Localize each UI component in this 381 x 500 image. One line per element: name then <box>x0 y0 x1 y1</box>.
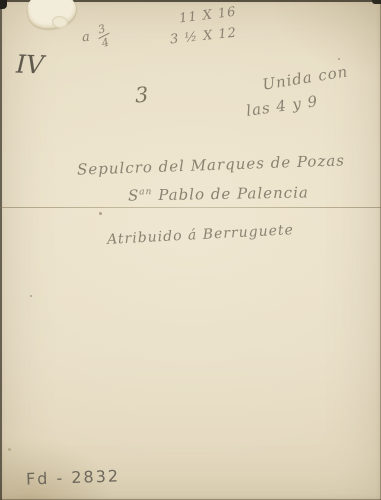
plate-number: 3 <box>134 83 150 108</box>
roman-numeral: IV <box>16 50 45 80</box>
union-note-line1: Unida con <box>261 62 349 93</box>
artwork-location: San Pablo de Palencia <box>128 183 309 204</box>
crease-line <box>0 207 381 208</box>
dimensions-line1: 11 X 16 <box>178 5 237 27</box>
location-rest: Pablo de Palencia <box>152 183 309 204</box>
scale-prefix: a <box>81 29 91 45</box>
corner-mark-top-right <box>372 0 381 4</box>
location-superscript: an <box>139 187 152 197</box>
photo-verso-card: a 3 4 11 X 16 3 ½ X 12 IV 3 Unida con la… <box>0 0 381 500</box>
paper-stain <box>26 0 79 31</box>
scan-edge-left <box>0 0 2 500</box>
catalog-number: Fd - 2832 <box>26 466 121 488</box>
location-prefix: S <box>128 186 140 204</box>
scale-denominator: 4 <box>100 36 111 49</box>
paper-speck <box>338 58 340 60</box>
scale-fraction: 3 4 <box>95 22 113 49</box>
paper-speck <box>8 448 11 451</box>
union-note-line2: las 4 y 9 <box>245 92 319 120</box>
dimensions-line2: 3 ½ X 12 <box>169 26 237 48</box>
attribution-note: Atribuido á Berruguete <box>107 222 294 248</box>
paper-speck <box>99 212 102 215</box>
artwork-title: Sepulcro del Marques de Pozas <box>77 151 345 178</box>
paper-speck <box>30 295 32 297</box>
scale-annotation: a 3 4 <box>81 23 111 50</box>
paper-stain-small <box>52 16 68 28</box>
corner-mark-top-left <box>0 0 7 9</box>
